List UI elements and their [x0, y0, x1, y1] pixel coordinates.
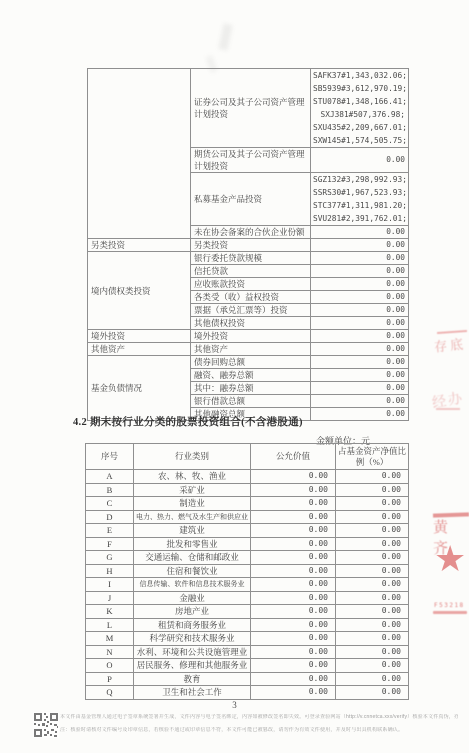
industry-table-row: Q卫生和社会工作0.000.00 — [86, 686, 409, 700]
qr-code-icon — [33, 712, 59, 738]
industry-table-row: J金融业0.000.00 — [86, 591, 409, 605]
industry-table-row: O居民服务、修理和其他服务业0.000.00 — [86, 659, 409, 673]
industry-name: 建筑业 — [134, 524, 251, 538]
red-stamp-fragment: 经办 — [431, 387, 466, 412]
asset-value: 0.00 — [311, 226, 409, 239]
industry-code: B — [86, 483, 134, 497]
asset-item-label: 其他债权投资 — [191, 317, 311, 330]
asset-table-row: 基金负债情况债券回购总额0.00 — [88, 356, 409, 369]
industry-fair-value: 0.00 — [251, 537, 336, 551]
asset-item-label: 境外投资 — [191, 330, 311, 343]
industry-table-body: A农、林、牧、渔业0.000.00B采矿业0.000.00C制造业0.000.0… — [86, 470, 409, 700]
scan-smudge — [218, 23, 232, 50]
industry-name: 制造业 — [134, 497, 251, 511]
red-star-stamp-icon: ★ — [434, 541, 466, 577]
industry-table-row: H住宿和餐饮业0.000.00 — [86, 564, 409, 578]
section-heading: 4.2 期末按行业分类的股票投资组合(不含港股通) — [73, 414, 303, 429]
asset-group-label: 其他资产 — [88, 343, 191, 356]
industry-code: F — [86, 537, 134, 551]
industry-name: 居民服务、修理和其他服务业 — [134, 659, 251, 673]
industry-ratio: 0.00 — [336, 497, 409, 511]
industry-fair-value: 0.00 — [251, 564, 336, 578]
industry-ratio: 0.00 — [336, 537, 409, 551]
industry-ratio: 0.00 — [336, 564, 409, 578]
asset-item-label: 债券回购总额 — [191, 356, 311, 369]
industry-table-row: I信息传输、软件和信息技术服务业0.000.00 — [86, 578, 409, 592]
asset-item-label: 票据（承兑汇票等）投资 — [191, 304, 311, 317]
industry-name: 租赁和商务服务业 — [134, 618, 251, 632]
asset-item-label: 另类投资 — [191, 239, 311, 252]
asset-value: 0.00 — [311, 395, 409, 408]
industry-table-row: E建筑业0.000.00 — [86, 524, 409, 538]
industry-fair-value: 0.00 — [251, 578, 336, 592]
asset-value: 0.00 — [311, 382, 409, 395]
industry-fair-value: 0.00 — [251, 618, 336, 632]
footer-microtext-line2: 注：核验时请核对文件编号及印章信息，若核验不通过或印章信息不符，本文件可能已被篡… — [60, 727, 458, 733]
industry-column-header: 序号 — [86, 444, 134, 470]
asset-value: 0.00 — [311, 252, 409, 265]
industry-table-row: K房地产业0.000.00 — [86, 605, 409, 619]
asset-item-label: 信托贷款 — [191, 265, 311, 278]
asset-value: 0.00 — [311, 291, 409, 304]
scanned-document-page: 证券公司及其子公司资产管理计划投资SAFK37#1,343,032.06;SB5… — [0, 0, 469, 753]
industry-name: 教育 — [134, 672, 251, 686]
industry-table-row: D电力、热力、燃气及水生产和供应业0.000.00 — [86, 510, 409, 524]
asset-value: 0.00 — [311, 356, 409, 369]
industry-code: J — [86, 591, 134, 605]
industry-table-row: A农、林、牧、渔业0.000.00 — [86, 470, 409, 484]
industry-fair-value: 0.00 — [251, 483, 336, 497]
industry-fair-value: 0.00 — [251, 605, 336, 619]
industry-ratio: 0.00 — [336, 483, 409, 497]
industry-ratio: 0.00 — [336, 524, 409, 538]
industry-fair-value: 0.00 — [251, 497, 336, 511]
industry-name: 信息传输、软件和信息技术服务业 — [134, 578, 251, 592]
industry-fair-value: 0.00 — [251, 524, 336, 538]
industry-fair-value: 0.00 — [251, 591, 336, 605]
industry-code: O — [86, 659, 134, 673]
asset-group-label: 境外投资 — [88, 330, 191, 343]
industry-ratio: 0.00 — [336, 510, 409, 524]
industry-ratio: 0.00 — [336, 591, 409, 605]
asset-value: 0.00 — [311, 330, 409, 343]
asset-group-label: 另类投资 — [88, 239, 191, 252]
asset-item-label: 其中：融券总额 — [191, 382, 311, 395]
stamp-line — [433, 611, 467, 614]
industry-ratio: 0.00 — [336, 605, 409, 619]
industry-ratio: 0.00 — [336, 578, 409, 592]
industry-table-row: F批发和零售业0.000.00 — [86, 537, 409, 551]
page-number: 3 — [0, 700, 469, 710]
industry-table-row: L租赁和商务服务业0.000.00 — [86, 618, 409, 632]
industry-header-row: 序号行业类别公允价值占基金资产净值比例（%） — [86, 444, 409, 470]
asset-item-label: 银行委托贷款规模 — [191, 252, 311, 265]
stamp-line — [437, 330, 467, 334]
industry-fair-value: 0.00 — [251, 672, 336, 686]
asset-item-label: 其他资产 — [191, 343, 311, 356]
industry-code: M — [86, 632, 134, 646]
industry-name: 住宿和餐饮业 — [134, 564, 251, 578]
industry-code: L — [86, 618, 134, 632]
industry-ratio: 0.00 — [336, 672, 409, 686]
industry-name: 科学研究和技术服务业 — [134, 632, 251, 646]
asset-value: 0.00 — [311, 278, 409, 291]
asset-table-row: 其他资产其他资产0.00 — [88, 343, 409, 356]
asset-group-label: 基金负债情况 — [88, 356, 191, 421]
asset-table: 证券公司及其子公司资产管理计划投资SAFK37#1,343,032.06;SB5… — [87, 68, 409, 421]
asset-item-label: 应收账款投资 — [191, 278, 311, 291]
asset-table-row: 证券公司及其子公司资产管理计划投资SAFK37#1,343,032.06;SB5… — [88, 69, 409, 148]
industry-ratio: 0.00 — [336, 551, 409, 565]
asset-value: 0.00 — [311, 408, 409, 421]
industry-code: K — [86, 605, 134, 619]
industry-ratio: 0.00 — [336, 645, 409, 659]
industry-ratio: 0.00 — [336, 470, 409, 484]
industry-ratio: 0.00 — [336, 659, 409, 673]
industry-name: 批发和零售业 — [134, 537, 251, 551]
industry-ratio: 0.00 — [336, 686, 409, 700]
industry-column-header: 公允价值 — [251, 444, 336, 470]
industry-code: A — [86, 470, 134, 484]
asset-value: SGZ132#3,298,992.93;SSRS30#1,967,523.93;… — [311, 173, 409, 226]
stamp-bar — [433, 512, 469, 517]
industry-fair-value: 0.00 — [251, 551, 336, 565]
asset-item-label: 银行借款总额 — [191, 395, 311, 408]
industry-fair-value: 0.00 — [251, 470, 336, 484]
red-stamp-characters: 黄齐 — [433, 516, 469, 558]
asset-table-body: 证券公司及其子公司资产管理计划投资SAFK37#1,343,032.06;SB5… — [88, 69, 409, 421]
industry-fair-value: 0.00 — [251, 659, 336, 673]
stamp-line — [436, 408, 460, 410]
industry-code: I — [86, 578, 134, 592]
asset-item-label: 期货公司及其子公司资产管理计划投资 — [191, 148, 311, 173]
industry-name: 房地产业 — [134, 605, 251, 619]
asset-value: 0.00 — [311, 239, 409, 252]
industry-code: H — [86, 564, 134, 578]
industry-name: 电力、热力、燃气及水生产和供应业 — [134, 510, 251, 524]
asset-value: 0.00 — [311, 148, 409, 173]
asset-value: 0.00 — [311, 304, 409, 317]
asset-table-row: 境外投资境外投资0.00 — [88, 330, 409, 343]
asset-group-label — [88, 69, 191, 239]
industry-column-header: 占基金资产净值比例（%） — [336, 444, 409, 470]
industry-name: 交通运输、仓储和邮政业 — [134, 551, 251, 565]
industry-code: G — [86, 551, 134, 565]
industry-code: D — [86, 510, 134, 524]
industry-table-row: C制造业0.000.00 — [86, 497, 409, 511]
industry-code: P — [86, 672, 134, 686]
industry-name: 水利、环境和公共设施管理业 — [134, 645, 251, 659]
industry-table-row: N水利、环境和公共设施管理业0.000.00 — [86, 645, 409, 659]
industry-ratio: 0.00 — [336, 618, 409, 632]
industry-name: 农、林、牧、渔业 — [134, 470, 251, 484]
industry-column-header: 行业类别 — [134, 444, 251, 470]
industry-name: 金融业 — [134, 591, 251, 605]
industry-code: E — [86, 524, 134, 538]
asset-item-label: 证券公司及其子公司资产管理计划投资 — [191, 69, 311, 148]
industry-code: C — [86, 497, 134, 511]
industry-table-row: P教育0.000.00 — [86, 672, 409, 686]
stamp-serial-number: F53218 — [434, 602, 465, 609]
industry-fair-value: 0.00 — [251, 510, 336, 524]
industry-name: 采矿业 — [134, 483, 251, 497]
asset-table-row: 境内债权类投资银行委托贷款规模0.00 — [88, 252, 409, 265]
asset-table-row: 另类投资另类投资0.00 — [88, 239, 409, 252]
industry-table-row: M科学研究和技术服务业0.000.00 — [86, 632, 409, 646]
industry-table-row: B采矿业0.000.00 — [86, 483, 409, 497]
asset-item-label: 融资、融券总额 — [191, 369, 311, 382]
industry-ratio: 0.00 — [336, 632, 409, 646]
industry-fair-value: 0.00 — [251, 645, 336, 659]
industry-table: 序号行业类别公允价值占基金资产净值比例（%） A农、林、牧、渔业0.000.00… — [85, 443, 409, 700]
asset-item-label: 私募基金产品投资 — [191, 173, 311, 226]
asset-value: 0.00 — [311, 265, 409, 278]
asset-value: 0.00 — [311, 343, 409, 356]
asset-group-label: 境内债权类投资 — [88, 252, 191, 330]
industry-table-row: G交通运输、仓储和邮政业0.000.00 — [86, 551, 409, 565]
asset-value: 0.00 — [311, 317, 409, 330]
industry-code: Q — [86, 686, 134, 700]
asset-item-label: 未在协会备案的合伙企业份额 — [191, 226, 311, 239]
footer-microtext-line1: 本文件由基金管理人通过电子签章系统签署并生成，文件内容与电子签名绑定，内容如被修… — [60, 714, 458, 720]
industry-name: 卫生和社会工作 — [134, 686, 251, 700]
industry-fair-value: 0.00 — [251, 632, 336, 646]
industry-fair-value: 0.00 — [251, 686, 336, 700]
industry-code: N — [86, 645, 134, 659]
asset-item-label: 各类受（收）益权投资 — [191, 291, 311, 304]
asset-value: SAFK37#1,343,032.06;SB5939#3,612,970.19;… — [311, 69, 409, 148]
asset-value: 0.00 — [311, 369, 409, 382]
red-stamp-fragment: 存底 — [433, 333, 467, 355]
